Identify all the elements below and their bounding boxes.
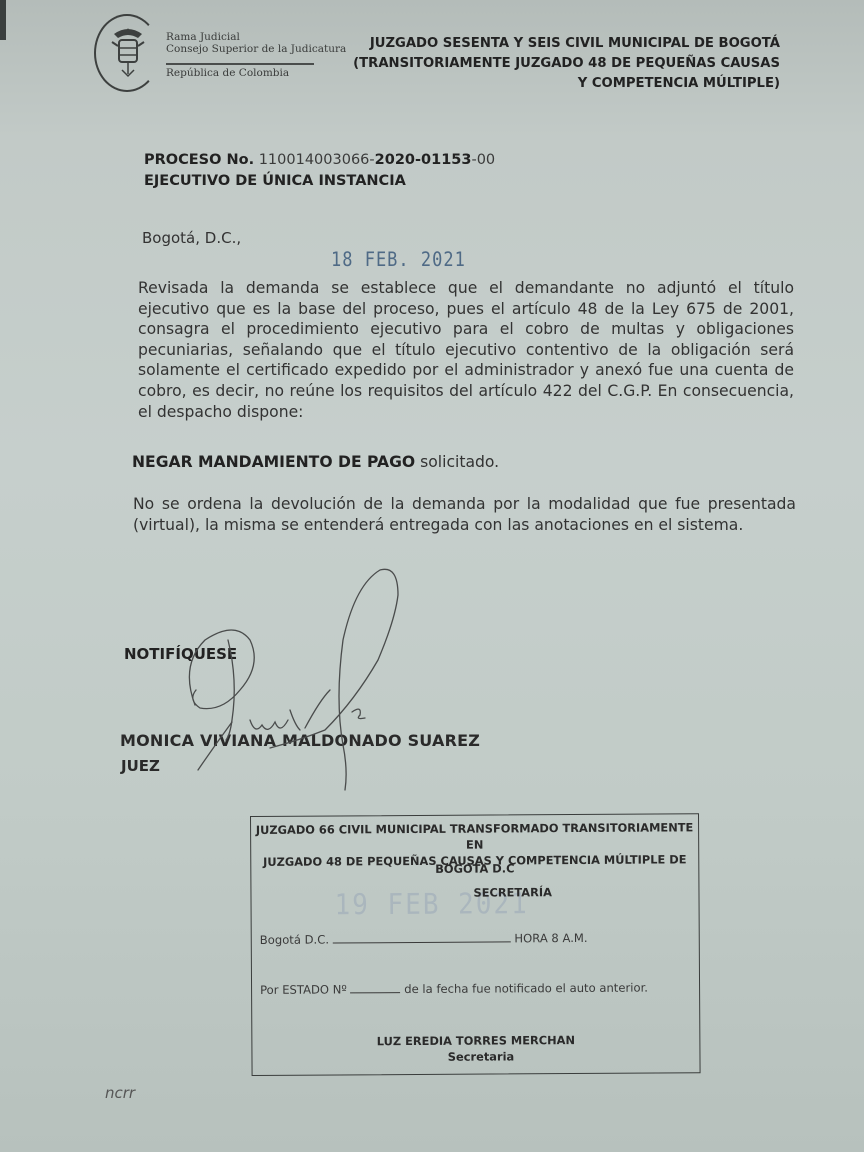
court-header: JUZGADO SESENTA Y SEIS CIVIL MUNICIPAL D… xyxy=(340,34,780,94)
process-type: EJECUTIVO DE ÚNICA INSTANCIA xyxy=(144,171,495,192)
estado-line: Por ESTADO Nº de la fecha fue notificado… xyxy=(260,981,648,997)
colombia-coat-of-arms-icon xyxy=(108,24,148,82)
country-name: República de Colombia xyxy=(166,67,289,79)
letterhead-divider xyxy=(166,63,314,65)
date-stamp: 18 FEB. 2021 xyxy=(331,249,466,272)
notify-heading: NOTIFÍQUESE xyxy=(124,645,237,663)
place-time-line: Bogotá D.C. HORA 8 A.M. xyxy=(260,931,588,947)
court-header-line1: JUZGADO SESENTA Y SEIS CIVIL MUNICIPAL D… xyxy=(340,34,780,54)
court-header-line2: (TRANSITORIAMENTE JUZGADO 48 DE PEQUEÑAS… xyxy=(340,54,780,74)
process-block: PROCESO No. 110014003066-2020-01153-00 E… xyxy=(144,150,495,192)
box-section: SECRETARÍA xyxy=(473,885,552,899)
process-number-suffix: -00 xyxy=(471,152,495,168)
institution-line2: Consejo Superior de la Judicatura xyxy=(166,43,346,55)
process-number: PROCESO No. 110014003066-2020-01153-00 xyxy=(144,150,495,171)
process-number-prefix: 110014003066- xyxy=(259,152,375,168)
footer-initials: ncrr xyxy=(105,1084,135,1102)
estado-rest: de la fecha fue notificado el auto anter… xyxy=(404,981,648,996)
place-line: Bogotá, D.C., xyxy=(142,229,241,247)
decision-bold: NEGAR MANDAMIENTO DE PAGO xyxy=(132,453,415,471)
box-header-line1: JUZGADO 66 CIVIL MUNICIPAL TRANSFORMADO … xyxy=(251,819,698,854)
box-place-label: Bogotá D.C. xyxy=(260,933,329,947)
body-paragraph-3: No se ordena la devolución de la demanda… xyxy=(133,494,796,535)
process-label: PROCESO No. xyxy=(144,152,254,168)
institution-name: Rama Judicial Consejo Superior de la Jud… xyxy=(166,31,346,55)
court-header-line3: Y COMPETENCIA MÚLTIPLE) xyxy=(340,74,780,94)
process-number-main: 2020-01153 xyxy=(375,152,472,168)
secretary-signature-block: LUZ EREDIA TORRES MERCHAN Secretaria xyxy=(252,1031,699,1066)
judge-title: JUEZ xyxy=(121,757,160,775)
decision-rest: solicitado. xyxy=(415,453,499,471)
box-time-label: HORA 8 A.M. xyxy=(514,931,587,945)
estado-number-blank xyxy=(351,983,401,993)
decision-paragraph: NEGAR MANDAMIENTO DE PAGO solicitado. xyxy=(132,452,788,473)
date-blank-field xyxy=(333,932,511,943)
secretary-title: Secretaria xyxy=(252,1047,699,1066)
court-seal xyxy=(94,14,160,92)
judge-name: MONICA VIVIANA MALDONADO SUAREZ xyxy=(120,731,480,750)
estado-label: Por ESTADO Nº xyxy=(260,982,347,997)
body-paragraph-1: Revisada la demanda se establece que el … xyxy=(138,278,794,422)
box-city: BOGOTA D.C xyxy=(251,860,698,877)
institution-line1: Rama Judicial xyxy=(166,31,346,43)
page-edge-shadow xyxy=(0,0,6,40)
notification-box: JUZGADO 66 CIVIL MUNICIPAL TRANSFORMADO … xyxy=(250,813,701,1076)
